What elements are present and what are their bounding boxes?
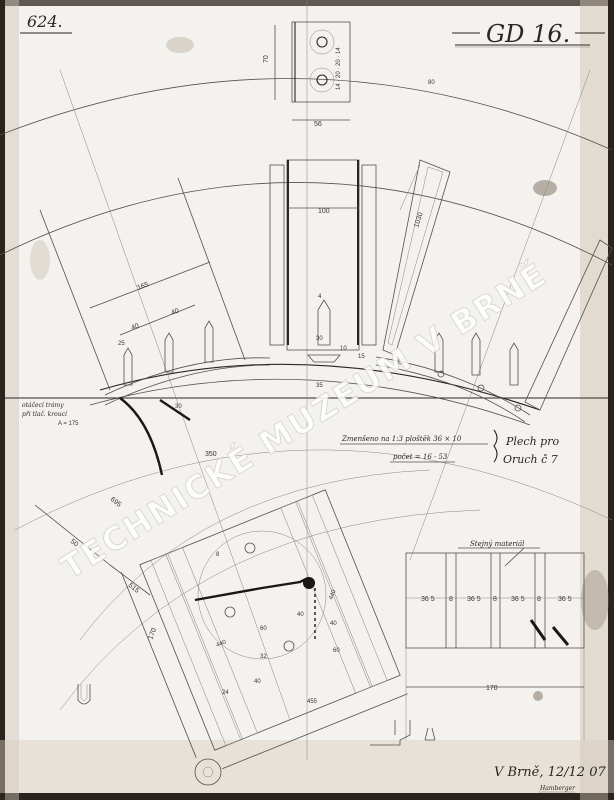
dim-a: A = 175 [58, 421, 79, 427]
bracket-line2: Oruch č 7 [503, 453, 558, 466]
dim-inner-3: 40 [330, 621, 337, 627]
annotation-line1: Zmenšeno na 1:3 ploštěk 36 × 10 [341, 435, 462, 443]
section-cell-7: 36 5 [558, 596, 572, 603]
bracket-line1: Plech pro [505, 435, 559, 448]
dim-small-2: 24 [222, 690, 229, 696]
small-label: 80 [428, 80, 435, 86]
section-cell-6: 8 [537, 596, 541, 603]
section-cell-2: 8 [449, 596, 453, 603]
dim-inner-5: 40 [254, 679, 261, 685]
section-cell-3: 36 5 [467, 596, 481, 603]
section-title: Stejný materiál [470, 540, 524, 548]
section-cell-1: 36 5 [421, 596, 435, 603]
dim-slot-w: 30 [316, 336, 323, 342]
dim-small-3: 32 [260, 654, 267, 660]
place-date: V Brně, 12/12 07 [494, 765, 606, 780]
dim-inner-1: 40 [297, 612, 304, 618]
dim-center-width: 100 [318, 208, 330, 215]
dim-width: 56 [314, 121, 322, 128]
drawing-id: GD 16. [486, 20, 570, 48]
section-cell-5: 36 5 [511, 596, 525, 603]
drawing-canvas: 624. GD 16. 70 56 14 · 20 · 20 · 14 80 [0, 0, 614, 800]
dim-angle: 30 [175, 404, 182, 410]
annotation-line2: počet = 16 · 53 [393, 453, 448, 461]
note-line1: otáčecí trámy [22, 402, 64, 409]
dim-bottom: 455 [307, 699, 318, 705]
dim-height-small: 10 [340, 346, 347, 352]
dim-inner-4: 60 [333, 648, 340, 654]
dim-holes: 14 · 20 · 20 · 14 [336, 47, 342, 90]
signature: Hamberger [539, 785, 576, 792]
dim-inner-2: 60 [260, 626, 267, 632]
dim-height: 70 [263, 55, 270, 63]
dim-small: 25 [118, 341, 125, 347]
section-cell-4: 8 [493, 596, 497, 603]
sheet-number: 624. [27, 12, 63, 31]
technical-drawing-sheet: 624. GD 16. 70 56 14 · 20 · 20 · 14 80 [0, 0, 614, 800]
dim-right-small: 15 [358, 354, 365, 360]
section-total: 170 [486, 685, 498, 692]
note-line2: při tlač. kroucí [22, 411, 68, 418]
